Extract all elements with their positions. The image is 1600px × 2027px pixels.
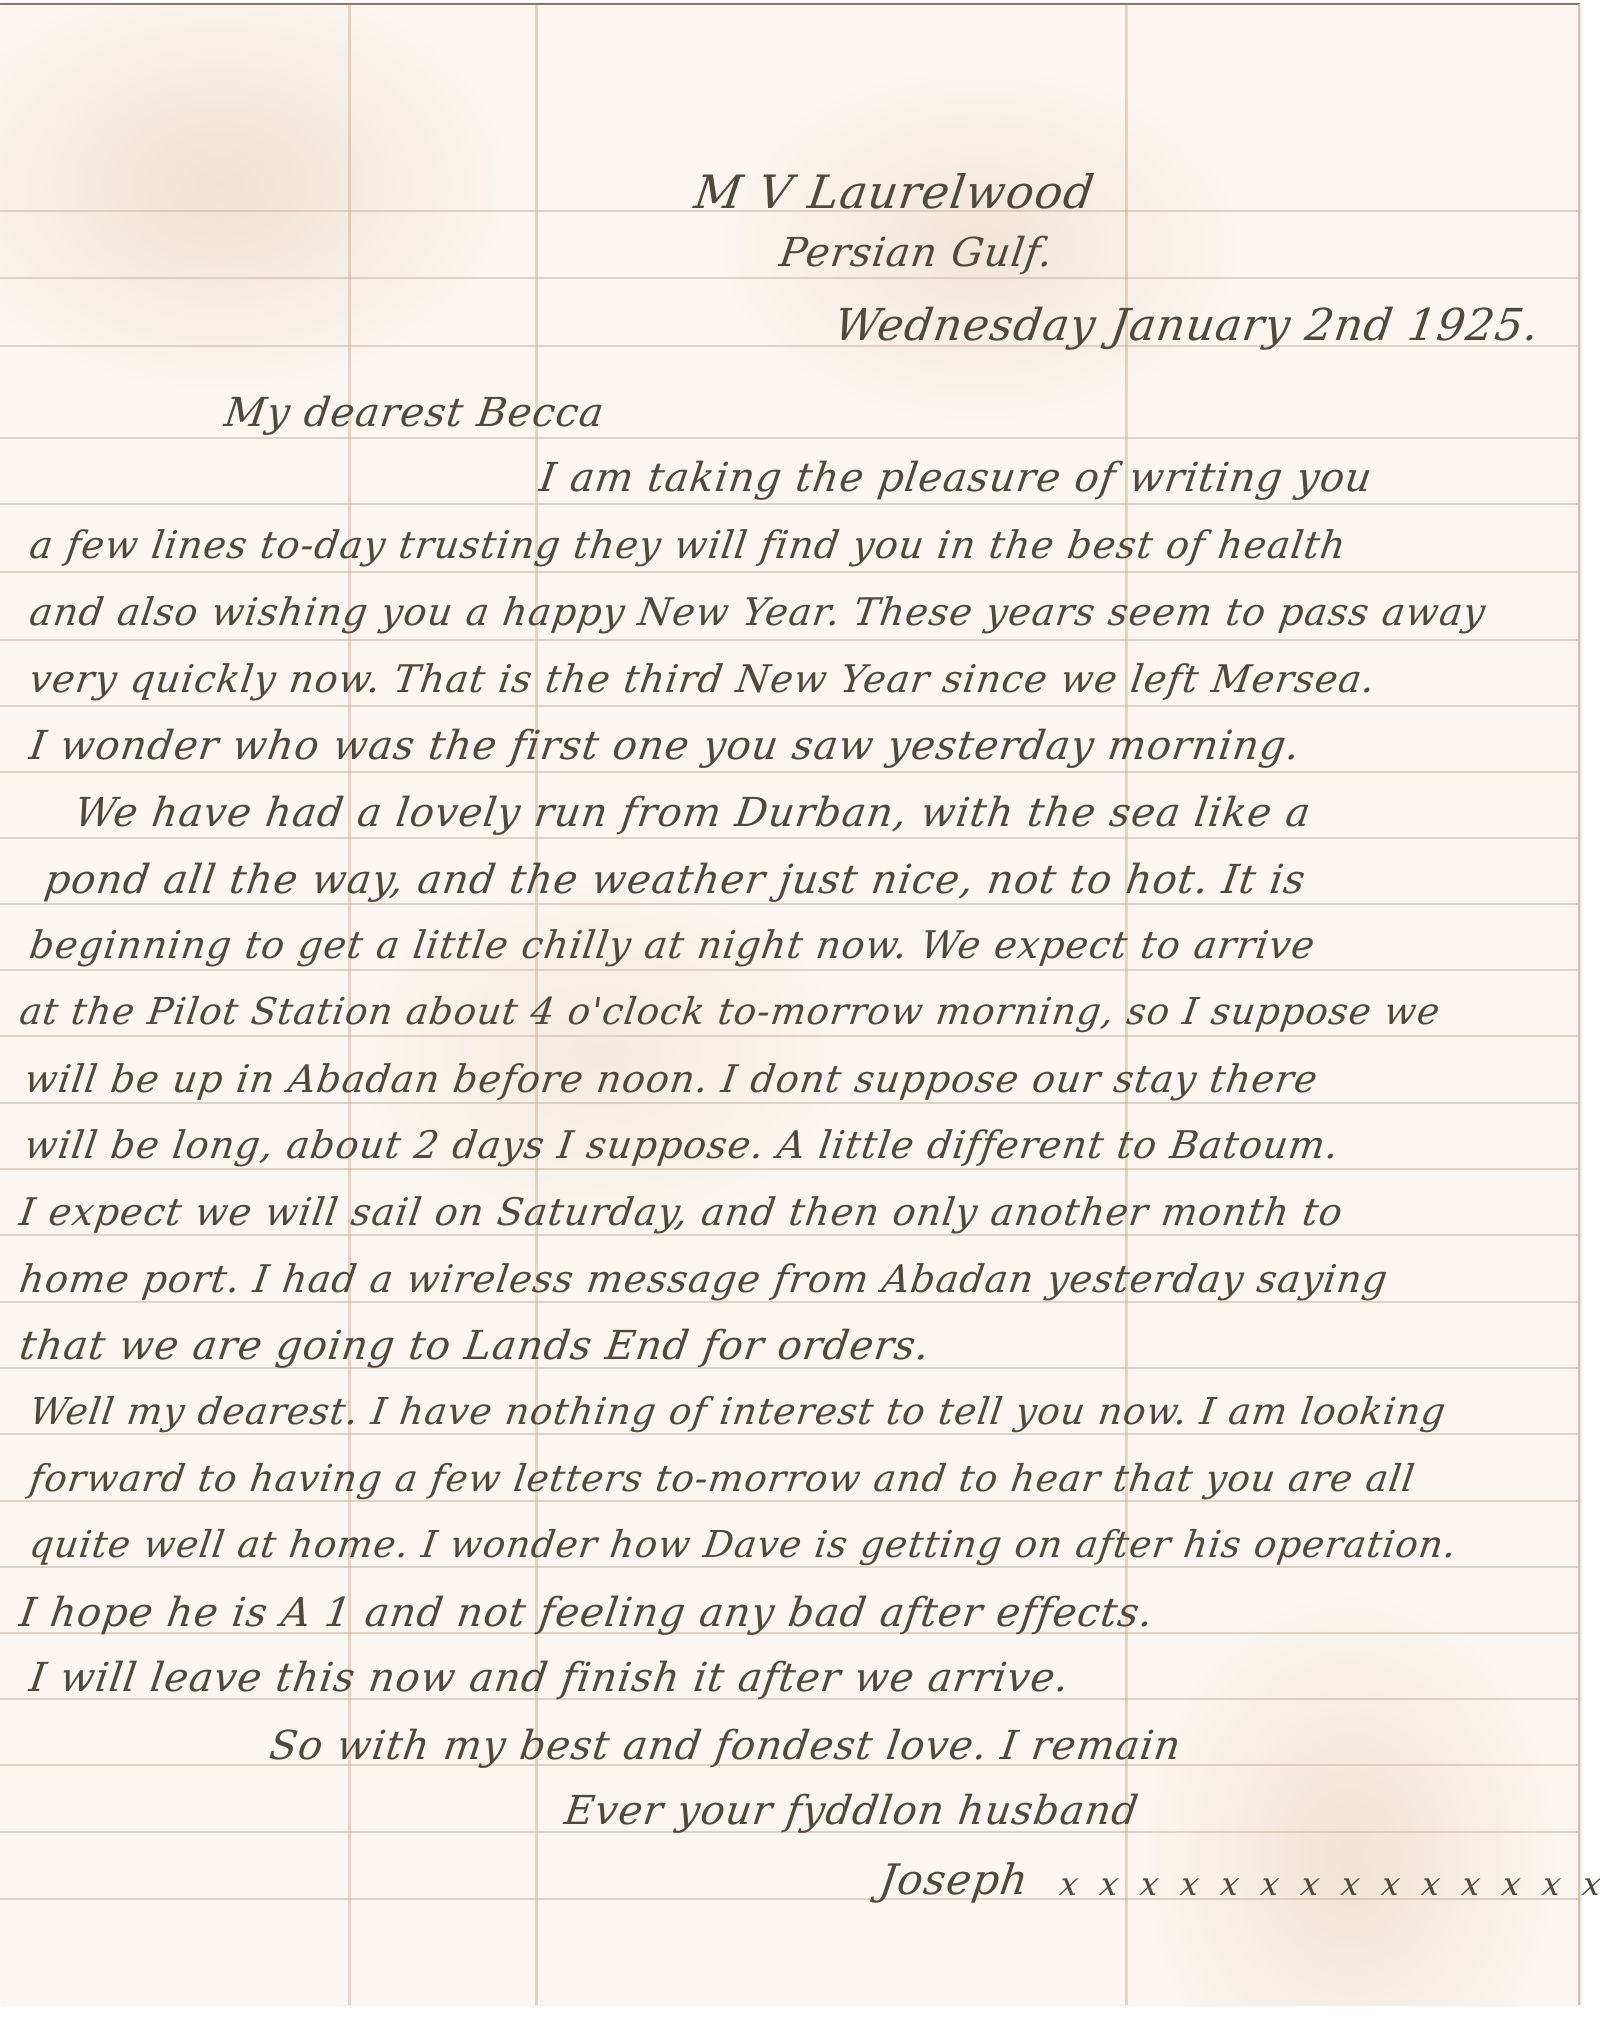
- body-line: a few lines to-day trusting they will fi…: [27, 523, 1349, 567]
- ruled-line: [0, 1301, 1578, 1303]
- body-line: Well my dearest. I have nothing of inter…: [27, 1390, 1449, 1433]
- body-line: quite well at home. I wonder how Dave is…: [27, 1523, 1460, 1566]
- ruled-line: [0, 969, 1578, 971]
- ruled-line: [0, 771, 1578, 773]
- date: Wednesday January 2nd 1925.: [831, 300, 1542, 351]
- body-line: at the Pilot Station about 4 o'clock to-…: [17, 990, 1443, 1033]
- closing-line: Ever your fyddlon husband: [562, 1788, 1142, 1834]
- body-line: I wonder who was the first one you saw y…: [27, 723, 1303, 769]
- body-line: and also wishing you a happy New Year. T…: [27, 590, 1489, 634]
- ship-name: M V Laurelwood: [691, 165, 1098, 219]
- body-line: I am taking the pleasure of writing you: [537, 455, 1376, 501]
- body-line: will be up in Abadan before noon. I dont…: [22, 1057, 1321, 1101]
- body-line: beginning to get a little chilly at nigh…: [27, 923, 1318, 967]
- letter-paper: M V Laurelwood Persian Gulf. Wednesday J…: [0, 3, 1580, 2005]
- body-line: I expect we will sail on Saturday, and t…: [17, 1190, 1346, 1234]
- ruled-line: [0, 1566, 1578, 1568]
- body-line: pond all the way, and the weather just n…: [42, 857, 1309, 903]
- ruled-line: [0, 1102, 1578, 1104]
- ruled-line: [0, 277, 1578, 279]
- ruled-line: [0, 903, 1578, 905]
- ruled-line: [0, 571, 1578, 573]
- ruled-line: [0, 1168, 1578, 1170]
- body-line: that we are going to Lands End for order…: [17, 1323, 933, 1369]
- body-line: forward to having a few letters to-morro…: [27, 1457, 1418, 1500]
- kisses: x x x x x x x x x x x x x x: [1057, 1865, 1600, 1903]
- ruled-line: [0, 705, 1578, 707]
- ruled-line: [0, 639, 1578, 641]
- ruled-line: [0, 1433, 1578, 1435]
- signature: Joseph: [877, 1855, 1032, 1904]
- ruled-line: [0, 1035, 1578, 1037]
- body-line: very quickly now. That is the third New …: [27, 657, 1379, 701]
- body-line: home port. I had a wireless message from…: [17, 1257, 1391, 1301]
- salutation: My dearest Becca: [222, 390, 608, 436]
- closing-line: So with my best and fondest love. I rema…: [267, 1723, 1184, 1769]
- ruled-line: [0, 437, 1578, 439]
- body-line: I will leave this now and finish it afte…: [27, 1655, 1073, 1701]
- body-line: will be long, about 2 days I suppose. A …: [22, 1123, 1342, 1167]
- ruled-line: [0, 837, 1578, 839]
- ruled-line: [0, 1500, 1578, 1502]
- location: Persian Gulf.: [777, 230, 1057, 276]
- ruled-line: [0, 503, 1578, 505]
- ruled-line: [0, 1234, 1578, 1236]
- body-line: We have had a lovely run from Durban, wi…: [72, 790, 1314, 836]
- body-line: I hope he is A 1 and not feeling any bad…: [17, 1590, 1157, 1636]
